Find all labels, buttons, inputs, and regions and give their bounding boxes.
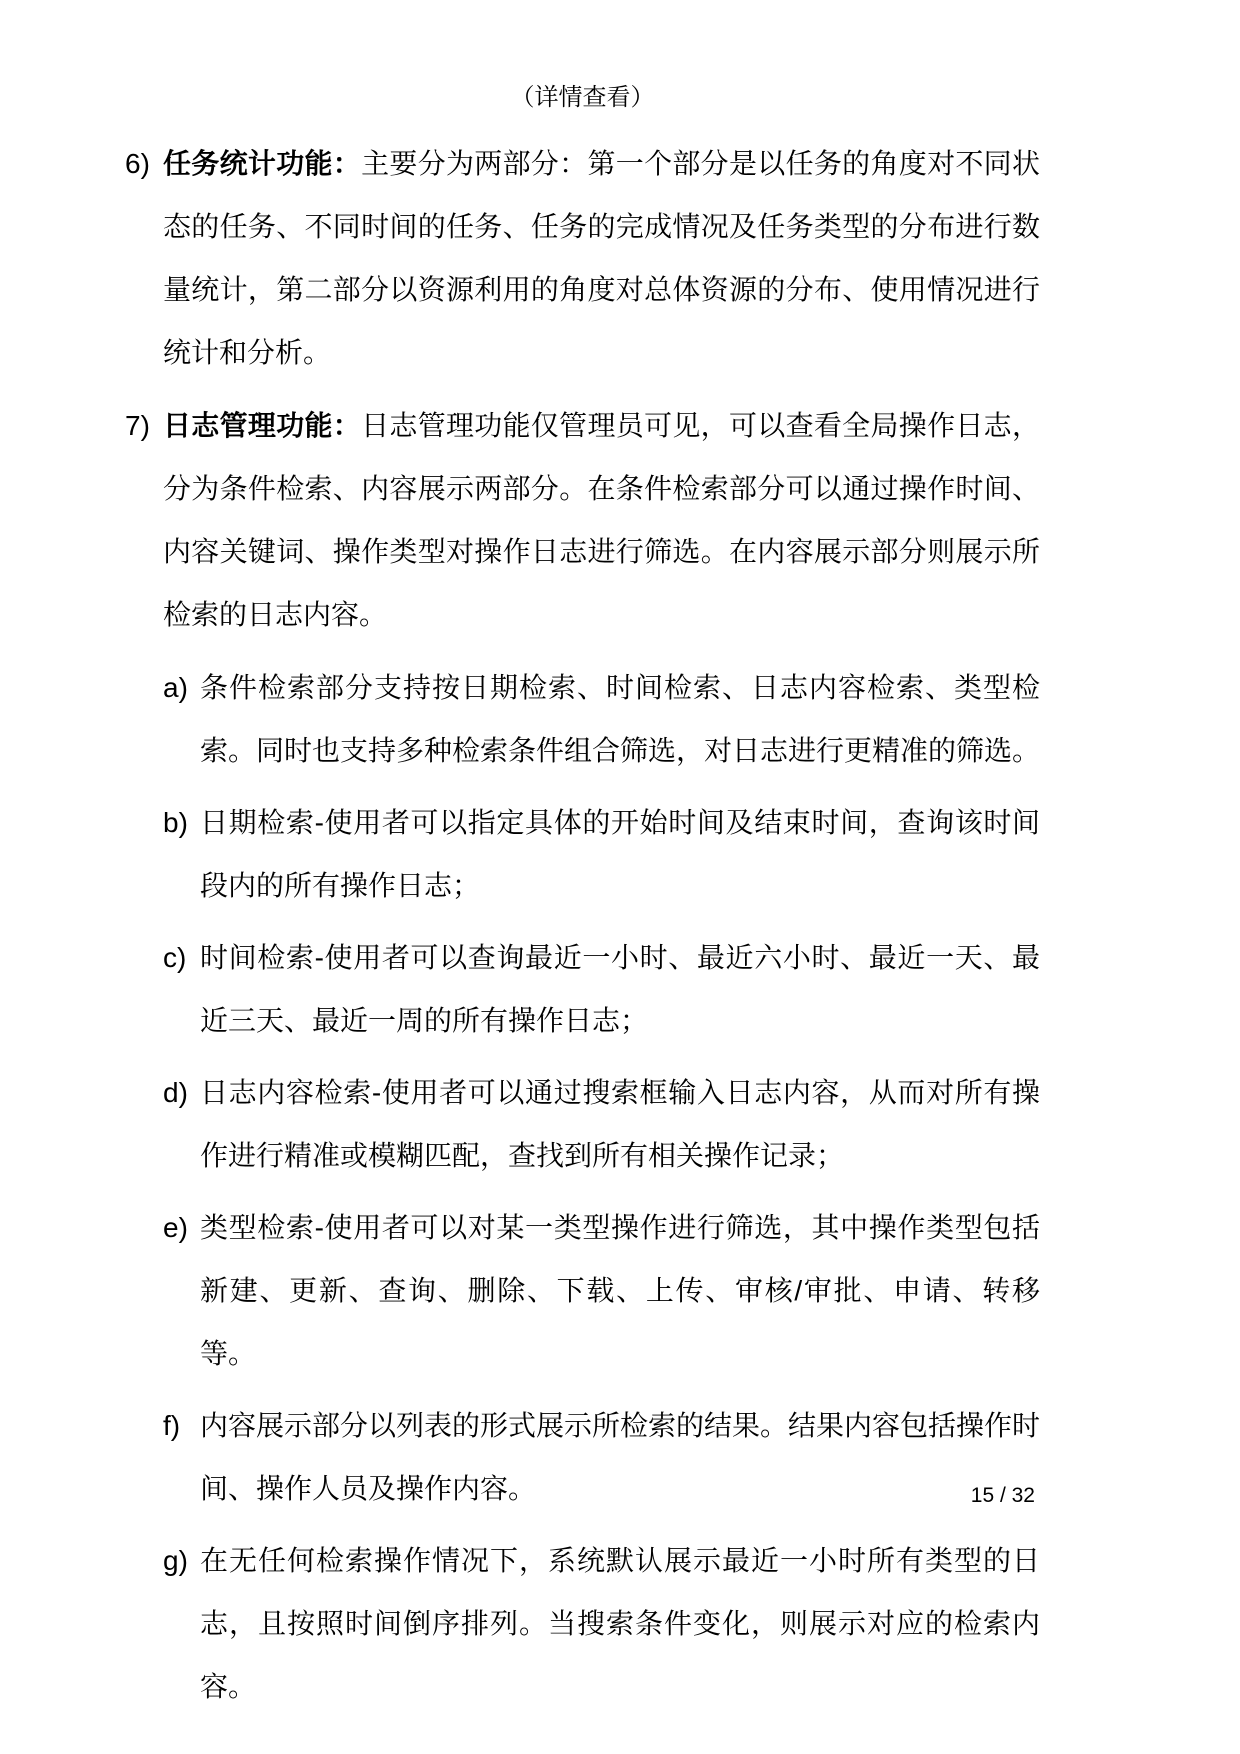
item-body: 日期检索-使用者可以指定具体的开始时间及结束时间，查询该时间段内的所有操作日志；: [200, 807, 1040, 901]
header-note: （详情查看）: [125, 80, 1040, 116]
list-marker: a): [163, 656, 188, 719]
sublist-item-c: c)时间检索-使用者可以查询最近一小时、最近六小时、最近一天、最近三天、最近一周…: [163, 926, 1040, 1052]
list-marker: b): [163, 791, 188, 854]
sublist: a)条件检索部分支持按日期检索、时间检索、日志内容检索、类型检索。同时也支持多种…: [125, 656, 1040, 1718]
sublist-item-d: d)日志内容检索-使用者可以通过搜索框输入日志内容，从而对所有操作进行精准或模糊…: [163, 1061, 1040, 1187]
sublist-item-g: g)在无任何检索操作情况下，系统默认展示最近一小时所有类型的日志，且按照时间倒序…: [163, 1529, 1040, 1718]
list-marker: c): [163, 926, 186, 989]
document-page: （详情查看） 6)任务统计功能：主要分为两部分：第一个部分是以任务的角度对不同状…: [0, 0, 1240, 1754]
item-body: 类型检索-使用者可以对某一类型操作进行筛选，其中操作类型包括新建、更新、查询、删…: [200, 1212, 1040, 1369]
sublist-item-f: f)内容展示部分以列表的形式展示所检索的结果。结果内容包括操作时间、操作人员及操…: [163, 1394, 1040, 1520]
list-marker: f): [163, 1394, 180, 1457]
sublist-item-e: e)类型检索-使用者可以对某一类型操作进行筛选，其中操作类型包括新建、更新、查询…: [163, 1196, 1040, 1385]
item-body: 日志内容检索-使用者可以通过搜索框输入日志内容，从而对所有操作进行精准或模糊匹配…: [200, 1077, 1040, 1171]
list-marker: g): [163, 1529, 188, 1592]
item-body: 内容展示部分以列表的形式展示所检索的结果。结果内容包括操作时间、操作人员及操作内…: [200, 1410, 1040, 1504]
list-marker: 6): [125, 132, 150, 195]
list-item-6: 6)任务统计功能：主要分为两部分：第一个部分是以任务的角度对不同状态的任务、不同…: [125, 132, 1040, 384]
item-body: 时间检索-使用者可以查询最近一小时、最近六小时、最近一天、最近三天、最近一周的所…: [200, 942, 1040, 1036]
item-lead: 任务统计功能：: [163, 148, 361, 179]
item-body: 在无任何检索操作情况下，系统默认展示最近一小时所有类型的日志，且按照时间倒序排列…: [200, 1545, 1040, 1702]
item-body: 日志管理功能仅管理员可见，可以查看全局操作日志，分为条件检索、内容展示两部分。在…: [163, 410, 1040, 630]
list-marker: 7): [125, 394, 150, 457]
list-marker: e): [163, 1196, 188, 1259]
page-number: 15 / 32: [971, 1482, 1035, 1510]
list-marker: d): [163, 1061, 188, 1124]
item-body: 条件检索部分支持按日期检索、时间检索、日志内容检索、类型检索。同时也支持多种检索…: [200, 672, 1040, 766]
item-body: 主要分为两部分：第一个部分是以任务的角度对不同状态的任务、不同时间的任务、任务的…: [163, 148, 1040, 368]
list-item-7: 7)日志管理功能：日志管理功能仅管理员可见，可以查看全局操作日志，分为条件检索、…: [125, 394, 1040, 646]
sublist-item-b: b)日期检索-使用者可以指定具体的开始时间及结束时间，查询该时间段内的所有操作日…: [163, 791, 1040, 917]
sublist-item-a: a)条件检索部分支持按日期检索、时间检索、日志内容检索、类型检索。同时也支持多种…: [163, 656, 1040, 782]
item-lead: 日志管理功能：: [163, 410, 361, 441]
